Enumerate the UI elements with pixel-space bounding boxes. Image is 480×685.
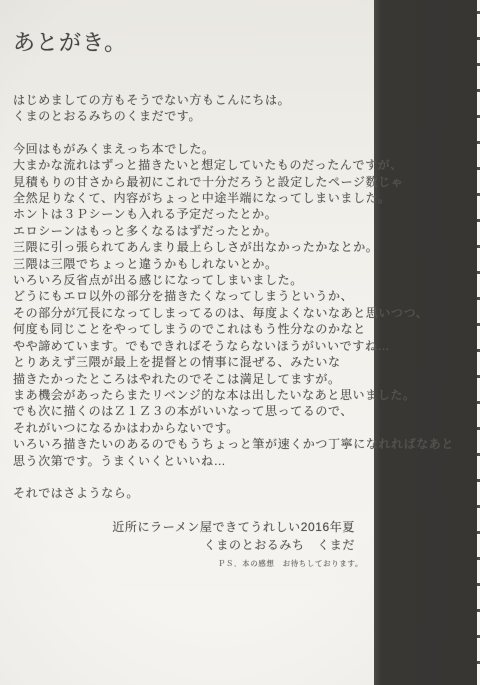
paragraph: 今回はもがみくまえっち本でした。大まかな流れはずっと描きたいと想定していたものだ… (13, 141, 373, 469)
page-title: あとがき。 (13, 30, 127, 56)
body-line: 描きたかったところはやれたのでそこは満足してますが。 (13, 371, 373, 387)
body-line: どうにもエロ以外の部分を描きたくなってしまうというか、 (13, 288, 373, 304)
body-line: 今回はもがみくまえっち本でした。 (13, 141, 373, 157)
body-line: 三隈に引っ張られてあんまり最上らしさが出なかったかなとか。 (13, 239, 373, 255)
body-line: 三隈は三隈でちょっと違うかもしれないとか。 (13, 256, 373, 272)
signoff-date-line: 近所にラーメン屋できてうれしい2016年夏 (112, 518, 355, 536)
body-line: それではさようなら。 (13, 485, 373, 501)
body-line: それがいつになるかはわからないです。 (13, 420, 373, 436)
body-line: ホントは３Ｐシーンも入れる予定だったとか。 (13, 206, 373, 222)
body-line: 見積もりの甘さから最初にこれで十分だろうと設定したページ数じゃ (13, 174, 373, 190)
body-line: くまのとおるみちのくまだです。 (13, 108, 373, 124)
paragraph: それではさようなら。 (13, 485, 373, 501)
signoff-ps-line: ＰＳ．本の感想 お待ちしております。 (112, 559, 363, 569)
body-line: はじめましての方もそうでない方もこんにちは。 (13, 92, 373, 108)
body-line: でも次に描くのはＺ１Ｚ３の本がいいなって思ってるので、 (13, 403, 373, 419)
body-line: いろいろ反省点が出る感じになってしまいました。 (13, 272, 373, 288)
body-line: その部分が冗長になってしまってるのは、毎度よくないなあと思いつつ、 (13, 305, 373, 321)
body-line: 思う次第です。うまくいくといいね… (13, 453, 373, 469)
body-line: 何度も同じことをやってしまうのでこれはもう性分なのかなと (13, 321, 373, 337)
paragraph: はじめましての方もそうでない方もこんにちは。くまのとおるみちのくまだです。 (13, 92, 373, 125)
body-line: まあ機会があったらまたリベンジ的な本は出したいなあと思いました。 (13, 387, 373, 403)
afterword-body: はじめましての方もそうでない方もこんにちは。くまのとおるみちのくまだです。今回は… (13, 92, 373, 517)
body-line: 大まかな流れはずっと描きたいと想定していたものだったんですが、 (13, 157, 373, 173)
body-line: エロシーンはもっと多くなるはずだったとか。 (13, 223, 373, 239)
body-line: 全然足りなくて、内容がちょっと中途半端になってしまいました。 (13, 190, 373, 206)
body-line: やや諦めています。でもできればそうならないほうがいいですね… (13, 338, 373, 354)
afterword-page: あとがき。 はじめましての方もそうでない方もこんにちは。くまのとおるみちのくまだ… (0, 0, 480, 685)
body-line: とりあえず三隈が最上を提督との情事に混ぜる、みたいな (13, 354, 373, 370)
signoff-block: 近所にラーメン屋できてうれしい2016年夏 くまのとおるみち くまだ ＰＳ．本の… (112, 518, 355, 569)
body-line: いろいろ描きたいのあるのでもうちょっと筆が速くかつ丁寧になれればなあと (13, 436, 373, 452)
signoff-author-line: くまのとおるみち くまだ (112, 536, 355, 554)
